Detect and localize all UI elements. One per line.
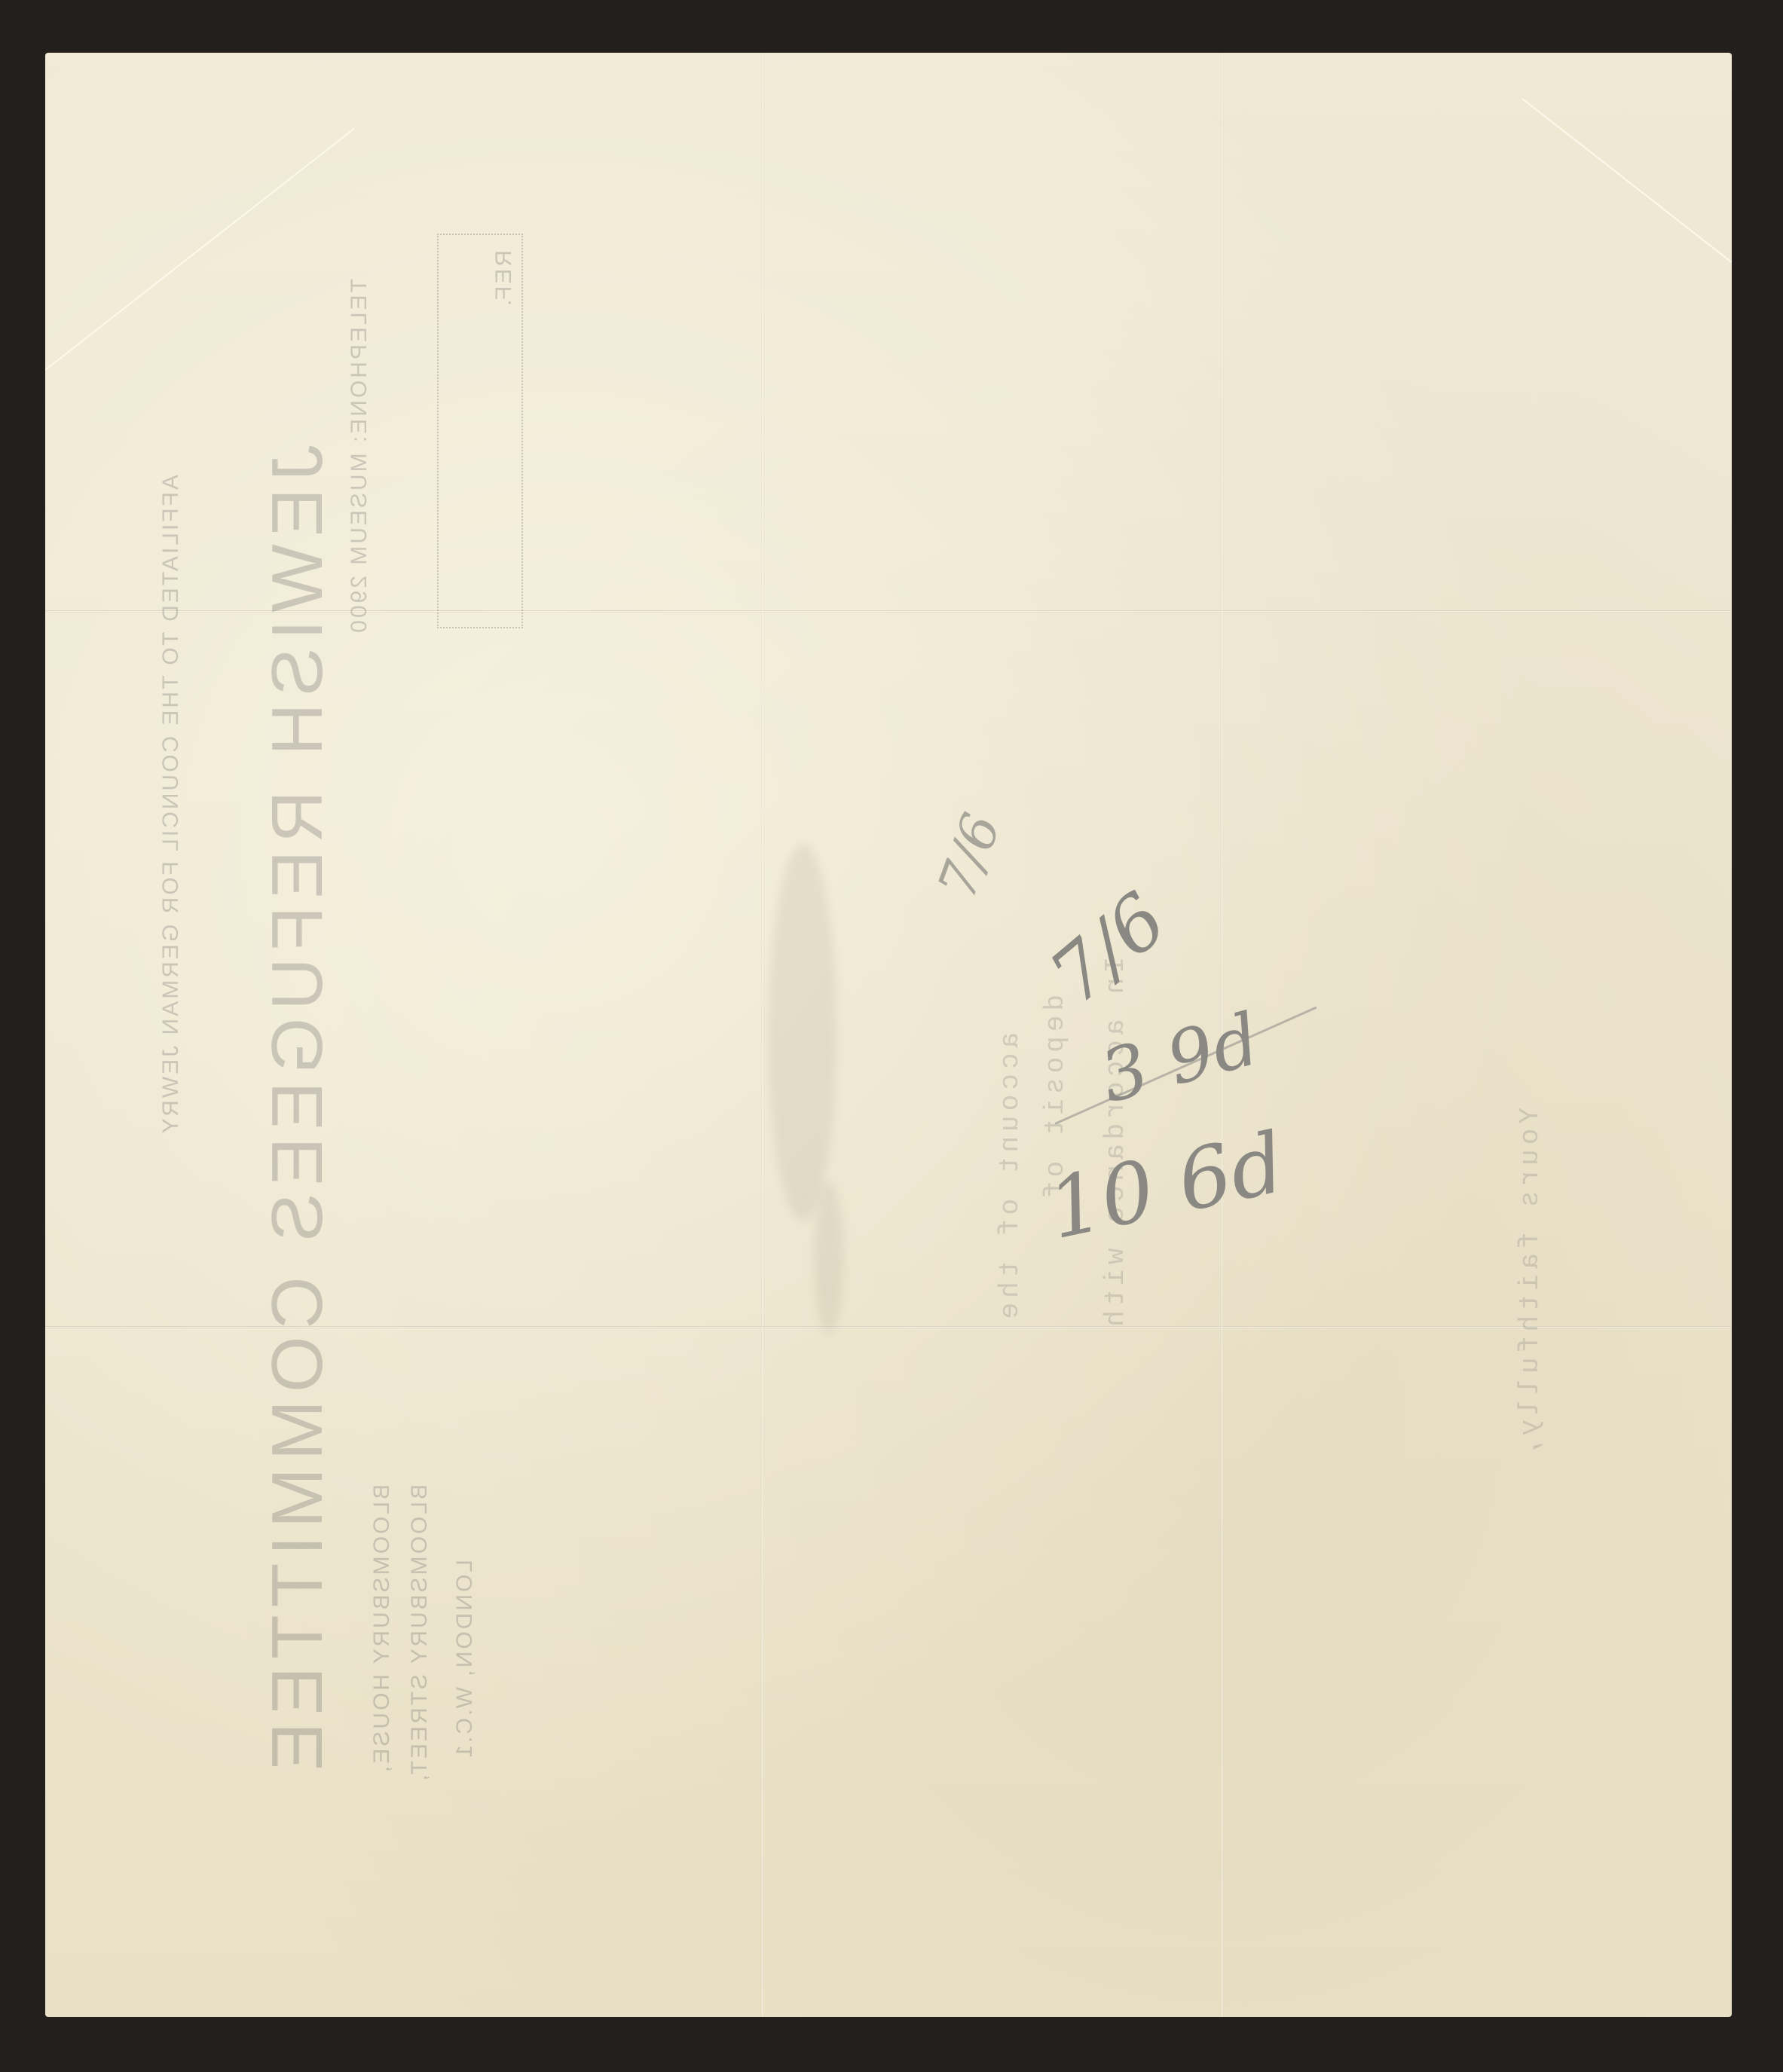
show-through-typed-line: In accordance with — [1100, 957, 1131, 1331]
pencil-annotation-1: 7/6 — [926, 805, 1014, 906]
show-through-address-2: BLOOMSBURY STREET, — [407, 1484, 433, 1783]
corner-crease-right — [1522, 98, 1732, 276]
fold-line-vertical-middle — [761, 53, 763, 2017]
pencil-annotation-total: 10 6d — [1040, 1114, 1292, 1258]
show-through-telephone: TELEPHONE: MUSEUM 2900 — [347, 279, 372, 635]
document-page: JEWISH REFUGEES COMMITTEE AFFILIATED TO … — [45, 53, 1732, 2017]
show-through-letterhead: JEWISH REFUGEES COMMITTEE — [256, 445, 339, 1778]
smudge — [769, 844, 836, 1221]
smudge — [814, 1183, 844, 1334]
reference-label: REF. — [491, 250, 517, 308]
show-through-address-1: BLOOMSBURY HOUSE, — [369, 1484, 395, 1774]
show-through-address-3: LONDON, W.C.1 — [452, 1560, 478, 1760]
show-through-subtitle: AFFILIATED TO THE COUNCIL FOR GERMAN JEW… — [158, 475, 184, 1135]
show-through-typed-line: Yours faithfully, — [1515, 1108, 1546, 1461]
reference-box: REF. — [437, 234, 523, 628]
corner-crease-left — [45, 128, 354, 371]
show-through-typed-line: account of the — [995, 1032, 1026, 1323]
